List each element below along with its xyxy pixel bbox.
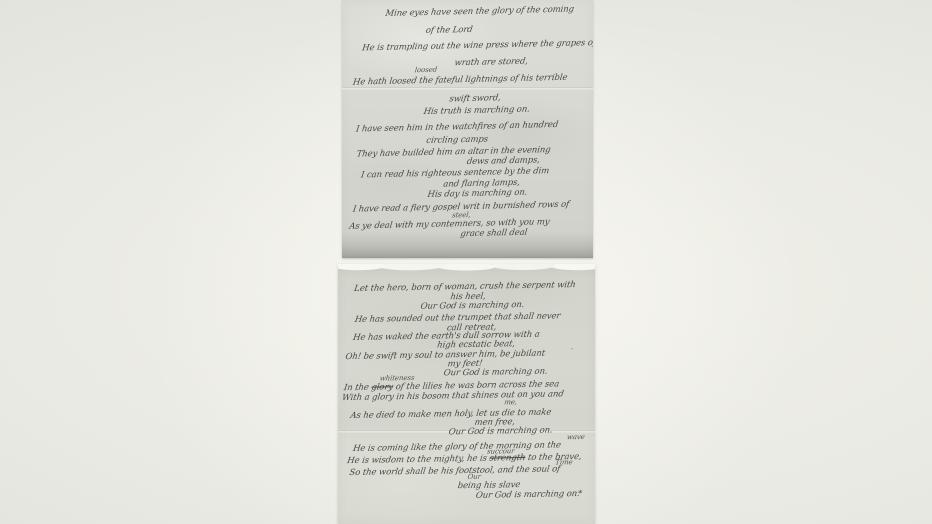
manuscript-line: So the world shall be his footstool, and… <box>349 465 561 477</box>
handwriting-layer: Mine eyes have seen the glory of the com… <box>342 0 593 258</box>
inserted-word: loosed <box>414 67 437 75</box>
manuscript-line: As he died to make men holy, let us die … <box>350 409 552 421</box>
manuscript-line: His day is marching on. <box>427 189 528 200</box>
inserted-word: me, <box>504 399 518 406</box>
manuscript-photo: Mine eyes have seen the glory of the com… <box>0 0 932 524</box>
manuscript-line: Our God is marching on. <box>443 368 548 378</box>
manuscript-line: He is trampling out the wine press where… <box>362 39 593 53</box>
manuscript-line: I have seen him in the watchfires of an … <box>355 121 558 134</box>
manuscript-line: * <box>577 490 582 499</box>
manuscript-line: Our God is marching on. <box>420 301 525 311</box>
manuscript-sheet-2: Let the hero, born of woman, crush the s… <box>338 264 595 524</box>
manuscript-line: Mine eyes have seen the glory of the com… <box>385 6 575 19</box>
manuscript-line: Our God is marching on. <box>448 426 553 436</box>
manuscript-line: He is coming like the glory of the morni… <box>352 441 561 453</box>
manuscript-line: Oh! be swift my soul to answer him, be j… <box>345 350 546 362</box>
manuscript-sheet-1: Mine eyes have seen the glory of the com… <box>342 0 593 258</box>
manuscript-line: I can read his righteous sentence by the… <box>360 167 549 180</box>
manuscript-line: wrath are stored, <box>454 58 528 68</box>
manuscript-line: His truth is marching on. <box>423 106 530 117</box>
manuscript-line: circling camps <box>426 136 489 146</box>
manuscript-line: Our God is marching on. <box>475 490 580 500</box>
handwriting-layer: Let the hero, born of woman, crush the s… <box>338 264 595 524</box>
manuscript-line: dews and damps, <box>466 156 540 166</box>
manuscript-line: swift sword, <box>449 94 502 104</box>
inserted-word: . <box>571 344 574 351</box>
manuscript-line: He hath loosed the fateful lightnings of… <box>352 74 568 87</box>
manuscript-line: of the Lord <box>425 26 473 36</box>
inserted-word: wave <box>566 434 585 441</box>
manuscript-line: With a glory in his bosom that shines ou… <box>341 390 564 402</box>
manuscript-line: grace shall deal <box>460 229 528 239</box>
